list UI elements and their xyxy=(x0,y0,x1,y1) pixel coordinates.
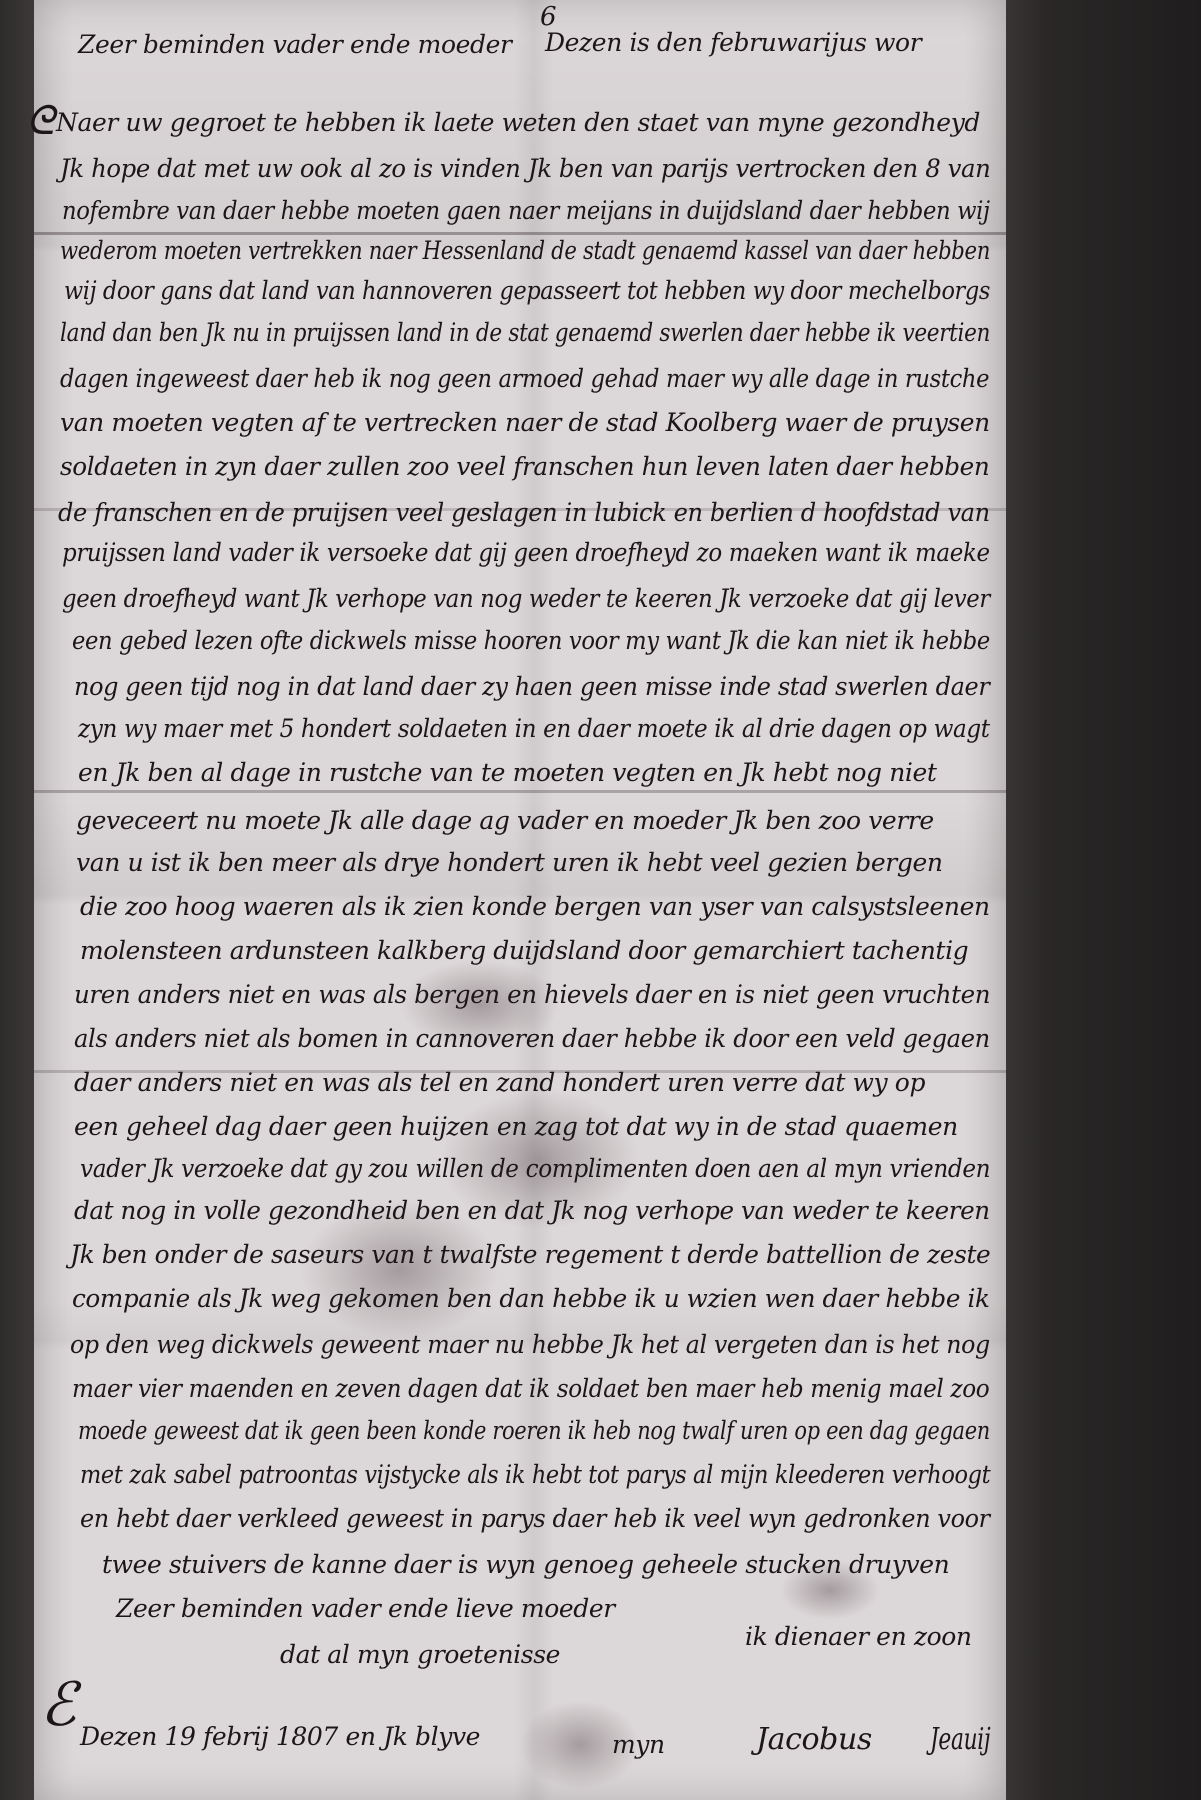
body-line: molensteen ardunsteen kalkberg duijdslan… xyxy=(80,936,968,965)
dateline: Dezen is den februwarijus wor xyxy=(545,28,921,57)
body-line: een gebed lezen ofte dickwels misse hoor… xyxy=(72,626,990,655)
body-line: nofembre van daer hebbe moeten gaen naer… xyxy=(62,196,990,225)
body-line: land dan ben Jk nu in pruijssen land in … xyxy=(60,318,990,347)
body-line: met zak sabel patroontas vijstycke als i… xyxy=(80,1460,990,1489)
salutation: Zeer beminden vader ende moeder xyxy=(78,30,512,59)
body-line: die zoo hoog waeren als ik zien konde be… xyxy=(80,892,990,921)
body-line: Naer uw gegroet te hebben ik laete weten… xyxy=(56,108,980,137)
closing-line: dat al myn groetenisse xyxy=(280,1640,560,1669)
closing-line: Zeer beminden vader ende lieve moeder xyxy=(116,1594,615,1623)
body-line: van u ist ik ben meer als drye hondert u… xyxy=(76,848,943,877)
closing-line: ik dienaer en zoon xyxy=(745,1622,972,1651)
date-flourish: ℰ xyxy=(40,1670,76,1740)
body-line: Jk ben onder de saseurs van t twalfste r… xyxy=(70,1240,990,1269)
body-line: wederom moeten vertrekken naer Hessenlan… xyxy=(60,236,990,265)
signature-first-name: Jacobus xyxy=(756,1722,872,1757)
body-line: moede geweest dat ik geen been konde roe… xyxy=(78,1416,990,1445)
body-line: dagen ingeweest daer heb ik nog geen arm… xyxy=(60,364,989,393)
body-line: twee stuivers de kanne daer is wyn genoe… xyxy=(102,1550,949,1579)
body-line: geveceert nu moete Jk alle dage ag vader… xyxy=(76,806,934,835)
fold-line xyxy=(34,232,1006,235)
body-line: de franschen en de pruijsen veel geslage… xyxy=(58,498,990,527)
body-line: maer vier maenden en zeven dagen dat ik … xyxy=(72,1374,989,1403)
body-line: en Jk ben al dage in rustche van te moet… xyxy=(78,758,937,787)
body-line: uren anders niet en was als bergen en hi… xyxy=(74,980,990,1009)
date-line: Dezen 19 febrij 1807 en Jk blyve xyxy=(80,1722,480,1751)
fold-line xyxy=(34,790,1006,793)
body-line: geen droefheyd want Jk verhope van nog w… xyxy=(62,584,990,613)
body-line: als anders niet als bomen in cannoveren … xyxy=(74,1024,990,1053)
body-line: wij door gans dat land van hannoveren ge… xyxy=(64,276,990,305)
body-line: pruijssen land vader ik versoeke dat gij… xyxy=(62,538,990,567)
initial-flourish: ᘓ xyxy=(26,98,54,144)
body-line: zyn wy maer met 5 hondert soldaeten in e… xyxy=(78,714,990,743)
body-line: Jk hope dat met uw ook al zo is vinden J… xyxy=(60,154,990,183)
body-line: soldaeten in zyn daer zullen zoo veel fr… xyxy=(60,452,989,481)
body-line: van moeten vegten af te vertrecken naer … xyxy=(60,408,990,437)
body-line: dat nog in volle gezondheid ben en dat J… xyxy=(74,1196,990,1225)
body-line: daer anders niet en was als tel en zand … xyxy=(74,1068,925,1097)
body-line: vader Jk verzoeke dat gy zou willen de c… xyxy=(80,1154,990,1183)
signature-prefix: myn xyxy=(612,1730,665,1759)
body-line: op den weg dickwels geweent maer nu hebb… xyxy=(70,1330,990,1359)
body-line: companie als Jk weg gekomen ben dan hebb… xyxy=(72,1284,990,1313)
body-line: een geheel dag daer geen huijzen en zag … xyxy=(74,1112,958,1141)
signature-last-name: Jeauij xyxy=(930,1722,990,1757)
body-line: nog geen tijd nog in dat land daer zy ha… xyxy=(74,672,989,701)
body-line: en hebt daer verkleed geweest in parys d… xyxy=(80,1504,990,1533)
